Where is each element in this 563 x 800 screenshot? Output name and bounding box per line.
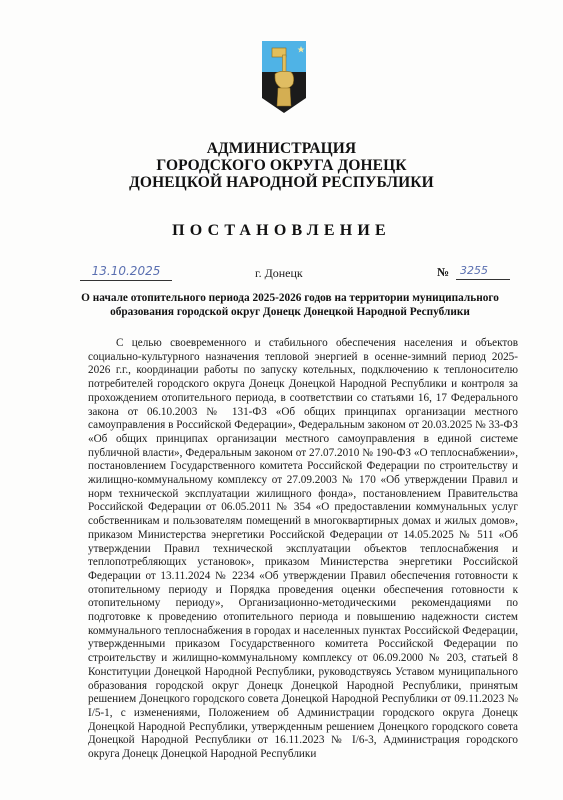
header-line-1: АДМИНИСТРАЦИЯ	[0, 140, 563, 157]
issuer-header: АДМИНИСТРАЦИЯ ГОРОДСКОГО ОКРУГА ДОНЕЦК Д…	[0, 140, 563, 191]
subject-line-2: образования городской округ Донецк Донец…	[80, 306, 500, 320]
header-line-2: ГОРОДСКОГО ОКРУГА ДОНЕЦК	[0, 157, 563, 174]
document-subject: О начале отопительного периода 2025-2026…	[80, 292, 500, 319]
preamble-paragraph: С целью своевременного и стабильного обе…	[88, 337, 518, 762]
header-line-3: ДОНЕЦКОЙ НАРОДНОЙ РЕСПУБЛИКИ	[0, 174, 563, 191]
dateline: 13.10.2025 г. Донецк № 3255	[0, 262, 563, 282]
handwritten-number: 3255	[456, 264, 510, 280]
document-page: АДМИНИСТРАЦИЯ ГОРОДСКОГО ОКРУГА ДОНЕЦК Д…	[0, 0, 563, 800]
document-type-title: ПОСТАНОВЛЕНИЕ	[0, 222, 563, 240]
city-label: г. Донецк	[255, 266, 303, 281]
handwritten-date: 13.10.2025	[80, 264, 172, 281]
subject-line-1: О начале отопительного периода 2025-2026…	[80, 292, 500, 306]
coat-of-arms-icon	[261, 40, 307, 114]
number-label: №	[437, 265, 449, 280]
